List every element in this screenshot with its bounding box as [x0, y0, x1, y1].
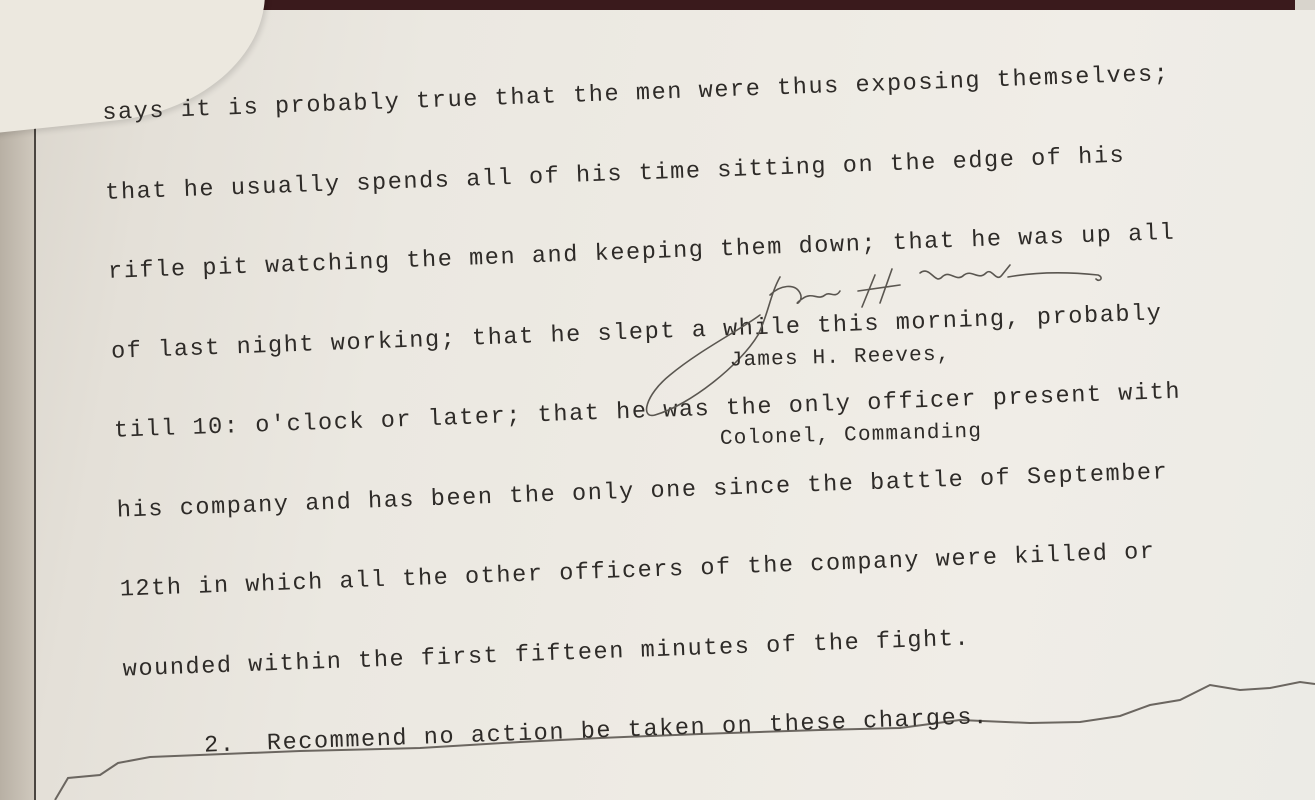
recommendation-line: 2. Recommend no action be taken on these… — [125, 697, 1193, 763]
text-line: wounded within the first fifteen minutes… — [122, 618, 1190, 684]
text-line: says it is probably true that the men we… — [102, 62, 1170, 128]
text-line: that he usually spends all of his time s… — [105, 141, 1173, 207]
signature-block: James H. Reeves, Colonel, Commanding — [716, 290, 983, 479]
text-line: 12th in which all the other officers of … — [119, 539, 1187, 605]
text-line: his company and has been the only one si… — [117, 459, 1185, 525]
signer-name: James H. Reeves, — [717, 342, 980, 375]
signer-title: Colonel, Commanding — [720, 420, 983, 453]
